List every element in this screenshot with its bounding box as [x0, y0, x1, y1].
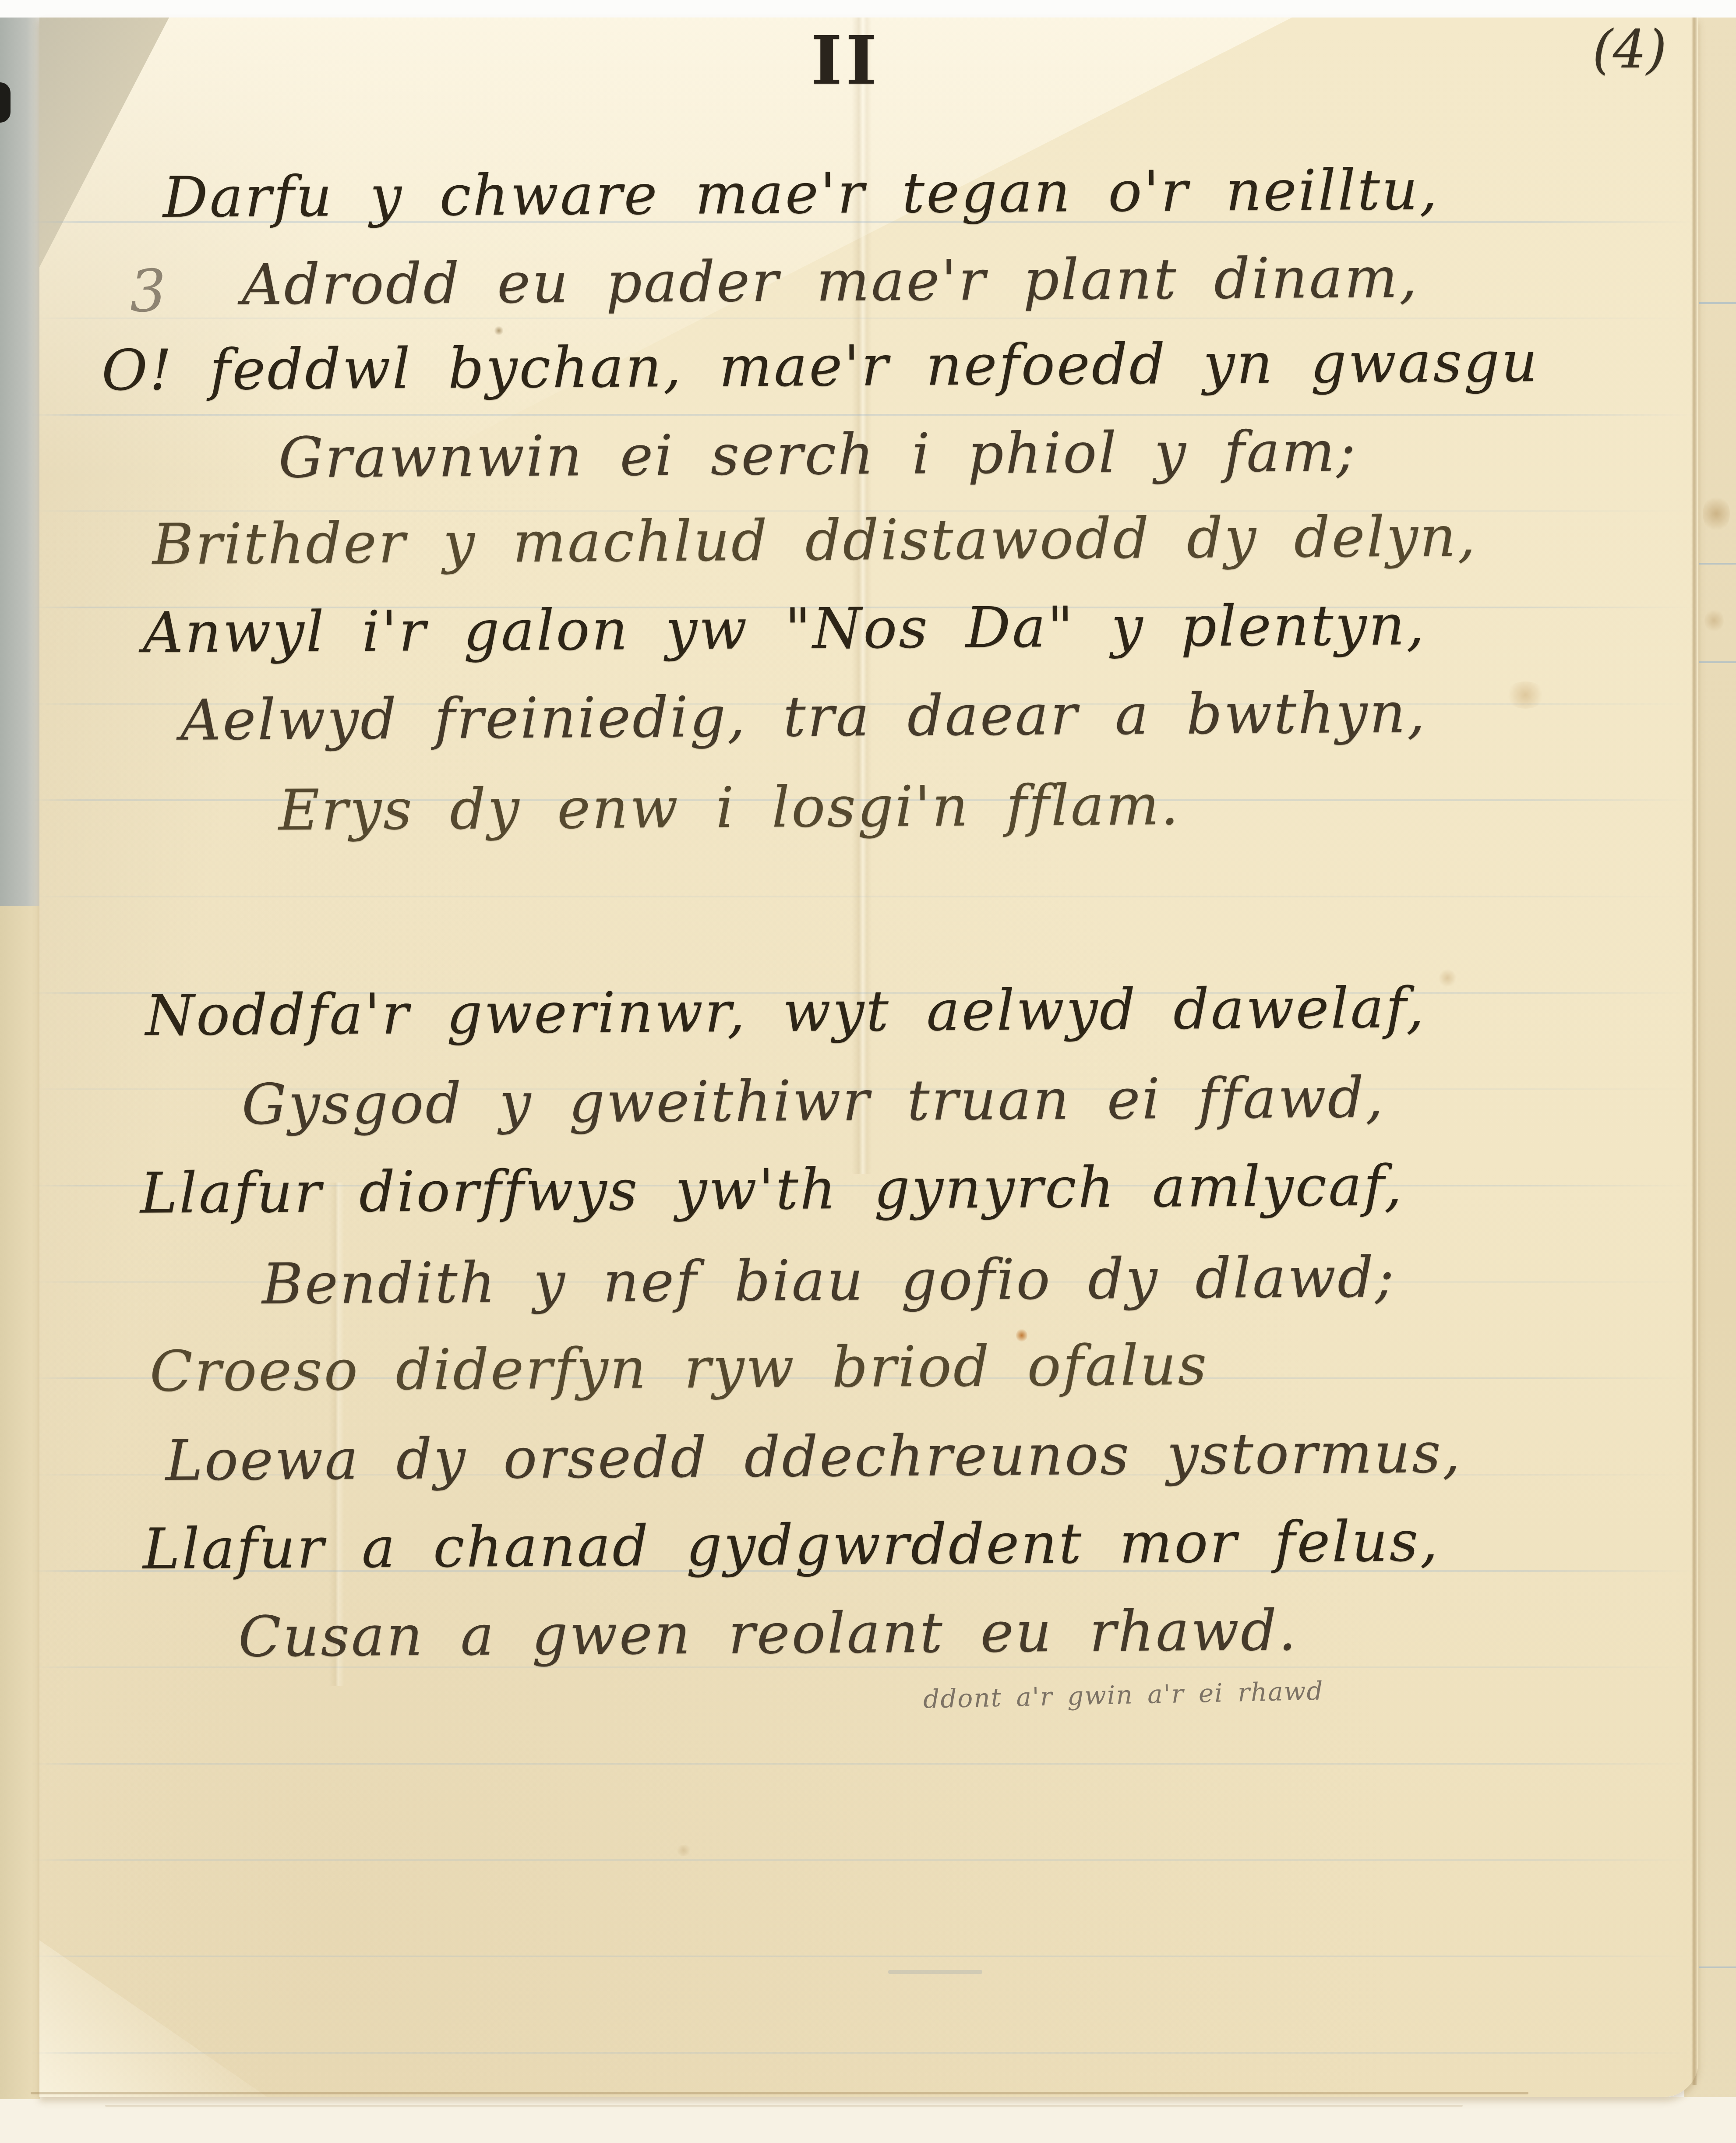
foxing-spot: [1438, 969, 1457, 987]
section-numeral: II: [811, 21, 880, 99]
page-bottom-edge: [31, 2092, 1528, 2094]
page-bottom-edge-faint: [105, 2105, 1463, 2107]
foxing-spot: [676, 1845, 692, 1856]
page-number: (4): [1592, 19, 1667, 80]
poem-line: Croeso diderfyn ryw briod ofalus: [150, 1333, 1209, 1405]
foxing-spot: [1704, 609, 1724, 632]
poem-line: Llafur diorffwys yw'th gynyrch amlycaf,: [140, 1153, 1404, 1226]
poem-line: Noddfa'r gwerinwr, wyt aelwyd dawelaf,: [145, 975, 1426, 1049]
ruled-line: [31, 414, 1695, 416]
poem-line: Bendith y nef biau gofio dy dlawd;: [262, 1245, 1396, 1317]
ink-smudge: [888, 1970, 982, 1974]
ruled-line-underlying: [1699, 661, 1736, 663]
scanned-manuscript-page: { "header": { "section_numeral": "II", "…: [0, 0, 1736, 2143]
poem-line: Loewa dy orsedd ddechreunos ystormus,: [166, 1420, 1462, 1493]
ruled-line: [31, 1763, 1695, 1765]
foxing-spot: [1016, 1329, 1027, 1342]
page-right-edge: [1691, 18, 1697, 2085]
poem-line: Llafur a chanad gydgwrddent mor felus,: [143, 1509, 1440, 1582]
foxing-spot: [1505, 681, 1546, 709]
ruled-line-underlying: [1699, 563, 1736, 565]
poem-line: Adrodd eu pader mae'r plant dinam,: [242, 245, 1419, 318]
ruled-line-underlying: [1699, 1966, 1736, 1968]
poem-line: Brithder y machlud ddistawodd dy delyn,: [152, 504, 1478, 577]
poem-line: Aelwyd freiniedig, tra daear a bwthyn,: [180, 680, 1427, 753]
foxing-spot: [494, 326, 504, 335]
foxing-spot: [1703, 495, 1730, 533]
scanner-top-strip: [0, 0, 1736, 18]
ruled-line: [31, 2052, 1695, 2054]
underlying-page-bottom: [0, 2097, 1736, 2143]
poem-line: Anwyl i'r galon yw "Nos Da" y plentyn,: [143, 593, 1426, 666]
scanner-background-strip: [0, 18, 40, 907]
ruled-line: [31, 896, 1695, 897]
poem-line: Cusan a gwen reolant eu rhawd.: [238, 1598, 1298, 1670]
poem-line: Gysgod y gweithiwr truan ei ffawd,: [242, 1065, 1385, 1137]
scan-artifact-speck: [0, 82, 11, 123]
page-left-edge: [0, 906, 40, 2099]
poem-line: O! feddwl bychan, mae'r nefoedd yn gwasg…: [102, 329, 1539, 403]
ruled-line: [31, 1956, 1695, 1957]
poem-line: Grawnwin ei serch i phiol y fam;: [279, 419, 1358, 491]
margin-note: 3: [128, 257, 167, 326]
ruled-line: [31, 1859, 1695, 1861]
ruled-line-underlying: [1699, 302, 1736, 304]
ruled-line: [31, 318, 1695, 319]
poem-line: Darfu y chware mae'r tegan o'r neilltu,: [163, 157, 1440, 230]
poem-line: Erys dy enw i losgi'n fflam.: [279, 773, 1181, 844]
